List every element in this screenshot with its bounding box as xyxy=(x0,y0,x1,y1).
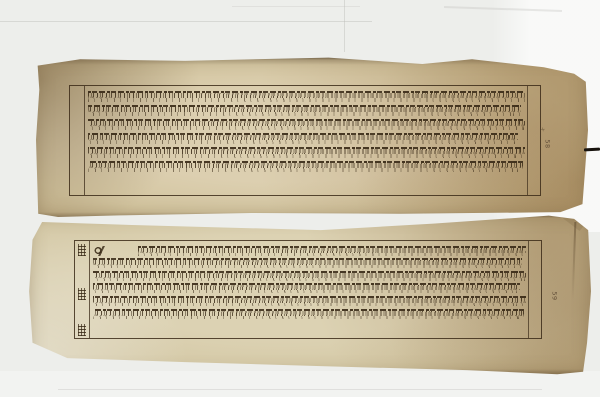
manuscript-photograph: ཡི། དེ་ལྟིས་པ་རེ་སྦྱར་ཅོ་བྱེ་ཧི། བརྫས་ཐལ… xyxy=(0,0,600,397)
text-line: ཨུ་ཧྲ་ལ་མཚན་དྲི་སྣ་ན་པ་རེ། །ཨོ་ཏོ་ག་སྣོ་… xyxy=(93,258,522,268)
text-block: ཡི། དེ་ལྟིས་པ་རེ་སྦྱར་ཅོ་བྱེ་ཧི། བརྫས་ཐལ… xyxy=(88,88,525,193)
margin-annotation: ཕྱི xyxy=(78,244,86,256)
margin-rule-right xyxy=(528,241,529,338)
text-line: ༄༅། ། །ཞིང་གིར་དག་ཅན་གོ་བ་ལས་རྗེ་སྐྱེད་པ… xyxy=(93,246,526,256)
manuscript-leaf-top: ཡི། དེ་ལྟིས་པ་རེ་སྦྱར་ཅོ་བྱེ་ཧི། བརྫས་ཐལ… xyxy=(36,56,588,217)
folio-number: 58 xyxy=(544,139,552,148)
backdrop-bottom-sheet xyxy=(0,371,600,397)
margin-annotation: ང xyxy=(78,324,86,336)
yig-mgo-head-mark: ༄༅། ། xyxy=(93,246,110,256)
text-block: ༄༅། ། །ཞིང་གིར་དག་ཅན་གོ་བ་ལས་རྗེ་སྐྱེད་པ… xyxy=(93,243,526,336)
text-line: ཕར་པ་ཁྲེ་ན་ཕྲི་ཚུ་ཁྲུ་སྭ་ཧ། །ཨ་ལུ་ས་ཞི་ང… xyxy=(93,271,526,281)
margin-rule-right xyxy=(527,86,528,195)
text-frame: ཕྱི ཀ ང ༄༅། ། །ཞིང་གིར་དག་ཅན་གོ་བ་ལས་རྗེ… xyxy=(74,240,542,339)
text-line: དང་ང་ར་ས་ང་ང་། །ལི་རྒྱ་ཟེ་ར་སྐུ་ཟ་ཟེང་ང་… xyxy=(93,309,524,319)
text-line: ཡི། དེ་ལྟིས་པ་རེ་སྦྱར་ཅོ་བྱེ་ཧི། བརྫས་ཐལ… xyxy=(88,91,525,102)
margin-tick-mark: + xyxy=(539,126,547,132)
margin-rule-left xyxy=(89,241,90,338)
manuscript-leaf-bottom: ཕྱི ཀ ང ༄༅། ། །ཞིང་གིར་དག་ཅན་གོ་བ་ལས་རྗེ… xyxy=(28,214,591,375)
backdrop-seam xyxy=(344,0,345,52)
text-line: ཁ་ས་པ་རེ་ཕར་ཙུ་པ་སྨུ་ཧྲི་ཚུ་ཁྲུ་སྭ་ཧ། ས་… xyxy=(93,296,526,306)
backdrop-seam xyxy=(58,389,542,390)
text-line-segment: །ཞིང་གིར་དག་ཅན་གོ་བ་ལས་རྗེ་སྐྱེད་པ་ཟི། །… xyxy=(138,246,526,256)
margin-annotation: ཀ xyxy=(78,288,86,300)
text-line: ཆུར། །བ་ཧ་ཀ་མ་ལ་ཡོ་ཧཱུྃ། །བདེ་ཆེན་ཚོས་སྨ… xyxy=(88,105,521,116)
backdrop-seam xyxy=(0,21,372,22)
text-line: ཀུ་ག་པ་རེ་སྐུ་ར་བ་སྨུ་ཟན་ས། །ཐྲི་ཟ་ལས་རྩ… xyxy=(88,119,525,130)
text-line: ཚོག་ས་རྩ་ས་སང་ང་པ་ས་ཐེང་ལ་ང་རུ་ལ། ཨོཾ་ཧྲ… xyxy=(88,161,523,172)
backdrop-seam xyxy=(232,6,360,7)
text-frame: ཡི། དེ་ལྟིས་པ་རེ་སྦྱར་ཅོ་བྱེ་ཧི། བརྫས་ཐལ… xyxy=(69,85,541,196)
text-line: ཚོ་ཟ་སྣུང་ཐུ་ག་རྒྱ་ཚ་ཚེ་ར་པ་ཁྱིལ་པ་ང་ན། … xyxy=(88,147,525,158)
folio-number: 59 xyxy=(551,291,559,300)
text-line: ཕུ་ག་ལ་སུ་གར་ཚོལ། །མཚོང་ཐེ་ཙ་ས་པ་སྟོན། ཀ… xyxy=(88,133,518,144)
margin-rule-left xyxy=(84,86,85,195)
text-line: དབ། །སུ་ཀུ་ལ་ཙ་ཀླུ་ཟ་ཀ་གུ་ལ་ས་ག་ས། །དྲེ་… xyxy=(93,283,520,293)
paper-crease xyxy=(572,222,577,300)
